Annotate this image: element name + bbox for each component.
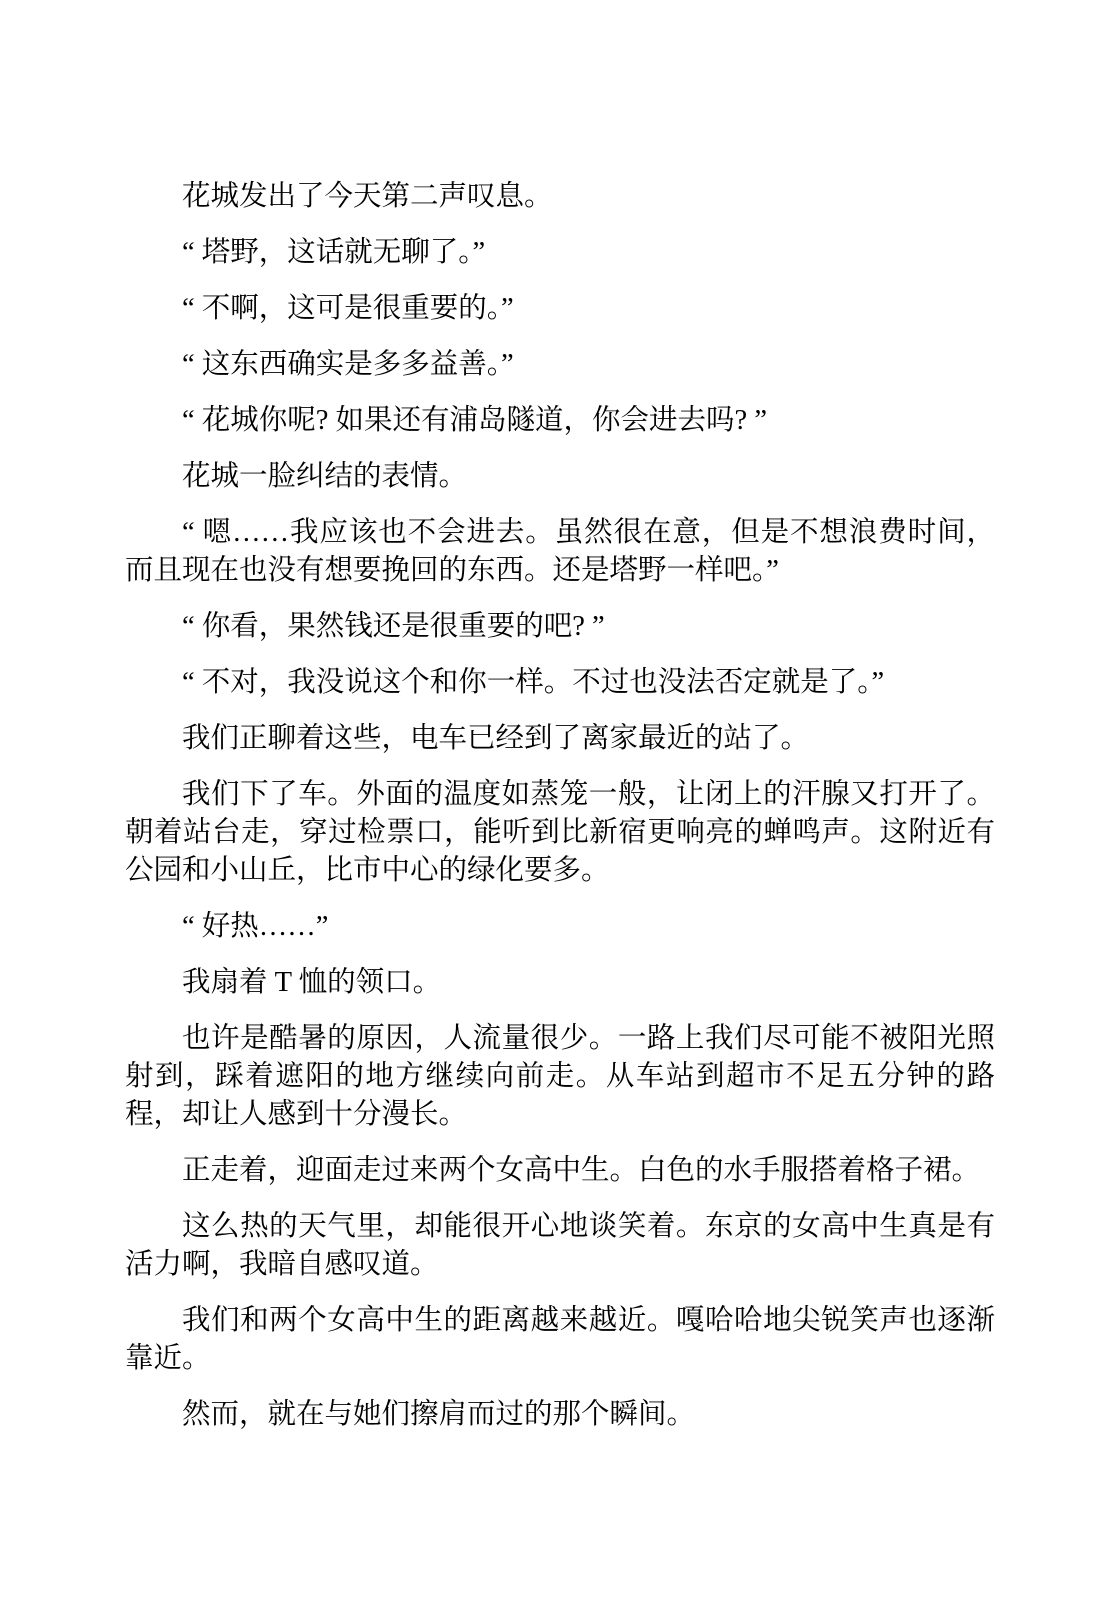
paragraph: “ 不啊，这可是很重要的。” xyxy=(125,290,995,328)
paragraph: “ 好热……” xyxy=(125,908,995,946)
document-page: 花城发出了今天第二声叹息。“ 塔野，这话就无聊了。”“ 不啊，这可是很重要的。”… xyxy=(0,0,1120,1600)
page-content: 花城发出了今天第二声叹息。“ 塔野，这话就无聊了。”“ 不啊，这可是很重要的。”… xyxy=(125,178,995,1452)
paragraph: 正走着，迎面走过来两个女高中生。白色的水手服搭着格子裙。 xyxy=(125,1152,995,1190)
paragraph: 我们正聊着这些，电车已经到了离家最近的站了。 xyxy=(125,720,995,758)
paragraph: 也许是酷暑的原因，人流量很少。一路上我们尽可能不被阳光照射到，踩着遮阳的地方继续… xyxy=(125,1020,995,1134)
paragraph: “ 嗯……我应该也不会进去。虽然很在意，但是不想浪费时间，而且现在也没有想要挽回… xyxy=(125,514,995,590)
paragraph: “ 你看，果然钱还是很重要的吧? ” xyxy=(125,608,995,646)
paragraph: 我们和两个女高中生的距离越来越近。嘎哈哈地尖锐笑声也逐渐靠近。 xyxy=(125,1302,995,1378)
paragraph: 花城发出了今天第二声叹息。 xyxy=(125,178,995,216)
paragraph: 花城一脸纠结的表情。 xyxy=(125,458,995,496)
paragraph: “ 不对，我没说这个和你一样。不过也没法否定就是了。” xyxy=(125,664,995,702)
paragraph: 然而，就在与她们擦肩而过的那个瞬间。 xyxy=(125,1396,995,1434)
paragraph: “ 这东西确实是多多益善。” xyxy=(125,346,995,384)
paragraph: 我们下了车。外面的温度如蒸笼一般，让闭上的汗腺又打开了。朝着站台走，穿过检票口，… xyxy=(125,776,995,890)
paragraph: “ 塔野，这话就无聊了。” xyxy=(125,234,995,272)
paragraph: 这么热的天气里，却能很开心地谈笑着。东京的女高中生真是有活力啊，我暗自感叹道。 xyxy=(125,1208,995,1284)
paragraph: “ 花城你呢? 如果还有浦岛隧道，你会进去吗? ” xyxy=(125,402,995,440)
paragraph: 我扇着 T 恤的领口。 xyxy=(125,964,995,1002)
